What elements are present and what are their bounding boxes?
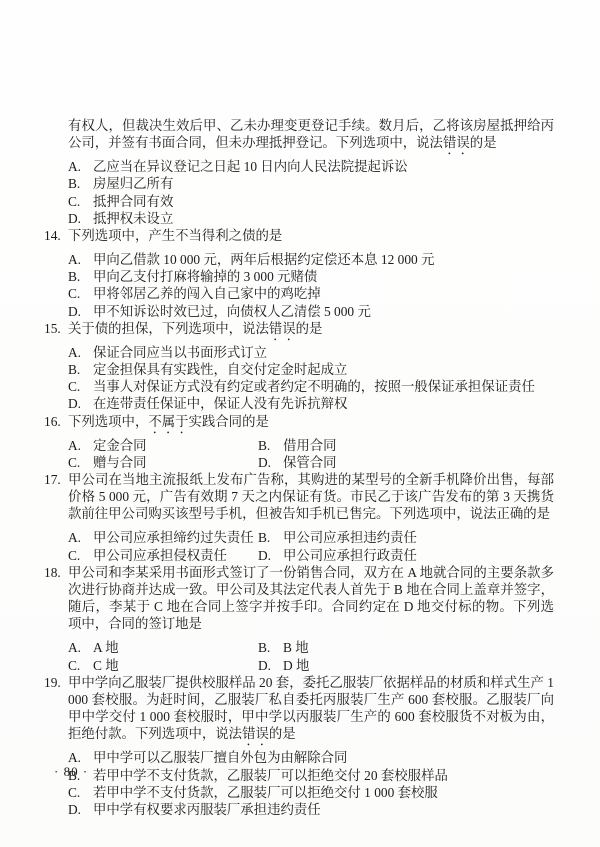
option-text: 甲不知诉讼时效已过，向债权人乙清偿 5 000 元 (93, 304, 371, 319)
question-stem: 有权人，但裁决生效后甲、乙未办理变更登记手续。数月后，乙将该房屋抵押给丙公司，并… (68, 117, 554, 158)
stem-emphasized-text: 错误 (242, 726, 269, 741)
stem-text: 甲公司在当地主流报纸上发布广告称，其购进的某型号的全新手机降价出售，每部价格 5… (68, 472, 554, 521)
option-text: 保管合同 (283, 455, 337, 470)
option-row: C.当事人对保证方式没有约定或者约定不明确的，按照一般保证承担保证责任 (68, 378, 554, 395)
option-label: D. (68, 210, 93, 227)
stem-text: 的是 (296, 321, 323, 336)
stem-text: 实践合同的是 (189, 414, 269, 429)
option-row: D.在连带责任保证中，保证人没有先诉抗辩权 (68, 395, 554, 412)
question-block: 17. 甲公司在当地主流报纸上发布广告称，其购进的某型号的全新手机降价出售，每部… (44, 471, 554, 564)
option-label: A. (68, 344, 93, 361)
question-number: 17. (44, 471, 61, 488)
stem-text: 甲中学向乙服装厂提供校服样品 20 套，委托乙服装厂依据样品的材质和样式生产 1… (68, 675, 554, 742)
option-row: A.甲公司应承担缔约过失责任 (68, 529, 258, 546)
option-row: A.保证合同应当以书面形式订立 (68, 344, 554, 361)
option-row: C.C 地 (68, 657, 258, 674)
option-label: B. (68, 361, 93, 378)
question-block: 有权人，但裁决生效后甲、乙未办理变更登记手续。数月后，乙将该房屋抵押给丙公司，并… (44, 117, 554, 227)
option-text: 定金担保具有实践性，自交付定金时起成立 (93, 362, 347, 377)
option-text: 甲将邻居乙养的闯入自己家中的鸡吃掉 (93, 286, 321, 301)
stem-text: 的是 (470, 135, 497, 150)
option-text: A 地 (93, 640, 119, 655)
option-row: C.甲公司应承担侵权责任 (68, 547, 258, 564)
option-text: 乙应当在异议登记之日起 10 日内向人民法院提起诉讼 (93, 159, 408, 174)
option-row: D.甲不知诉讼时效已过，向债权人乙清偿 5 000 元 (68, 303, 554, 320)
option-row: A.甲中学可以乙服装厂擅自外包为由解除合同 (68, 749, 554, 766)
option-row: D.抵押权未设立 (68, 210, 554, 227)
option-text: 甲公司应承担行政责任 (283, 548, 417, 563)
option-label: C. (68, 193, 93, 210)
option-text: 在连带责任保证中，保证人没有先诉抗辩权 (93, 396, 347, 411)
option-text: 抵押权未设立 (93, 211, 173, 226)
stem-emphasized-text: 不属于 (148, 414, 188, 429)
question-stem: 关于债的担保，下列选项中，说法错误的是 (68, 320, 554, 344)
stem-emphasized-text: 错误 (443, 135, 470, 150)
option-row: B.B 地 (258, 639, 554, 656)
question-block: 19. 甲中学向乙服装厂提供校服样品 20 套，委托乙服装厂依据样品的材质和样式… (44, 674, 554, 818)
stem-text: 的是 (269, 726, 296, 741)
option-label: D. (68, 801, 93, 818)
option-label: C. (68, 657, 93, 674)
option-row: D.保管合同 (258, 454, 554, 471)
option-row: B.甲向乙支付打麻将输掉的 3 000 元赌债 (68, 268, 554, 285)
options-list: A.保证合同应当以书面形式订立 B.定金担保具有实践性，自交付定金时起成立 C.… (68, 344, 554, 413)
option-row: A.A 地 (68, 639, 258, 656)
document-page: 有权人，但裁决生效后甲、乙未办理变更登记手续。数月后，乙将该房屋抵押给丙公司，并… (0, 0, 600, 847)
question-number: 15. (44, 320, 61, 337)
stem-text: 下列选项中，产生不当得利之债的是 (68, 228, 282, 243)
stem-emphasized-text: 错误 (269, 321, 296, 336)
option-row: C.若甲中学不支付货款，乙服装厂可以拒绝交付 1 000 套校服 (68, 784, 554, 801)
stem-text: 关于债的担保，下列选项中，说法 (68, 321, 269, 336)
option-text: 甲公司应承担侵权责任 (93, 548, 227, 563)
option-text: 甲向乙借款 10 000 元，两年后根据约定偿还本息 12 000 元 (93, 252, 434, 267)
option-label: C. (68, 784, 93, 801)
options-list: A.甲向乙借款 10 000 元，两年后根据约定偿还本息 12 000 元 B.… (68, 251, 554, 320)
page-number: · 80 · (54, 763, 88, 780)
question-block: 14. 下列选项中，产生不当得利之债的是 A.甲向乙借款 10 000 元，两年… (44, 227, 554, 320)
option-text: 房屋归乙所有 (93, 176, 173, 191)
question-number: 16. (44, 413, 61, 430)
options-list: A.A 地 B.B 地 C.C 地 D.D 地 (68, 639, 554, 673)
question-number: 19. (44, 674, 61, 691)
option-text: D 地 (283, 658, 309, 673)
question-stem: 甲中学向乙服装厂提供校服样品 20 套，委托乙服装厂依据样品的材质和样式生产 1… (68, 674, 554, 750)
question-block: 16. 下列选项中，不属于实践合同的是 A.定金合同 B.借用合同 C.赠与合同… (44, 413, 554, 471)
option-label: B. (68, 175, 93, 192)
option-row: D.D 地 (258, 657, 554, 674)
option-text: 保证合同应当以书面形式订立 (93, 345, 267, 360)
options-list: A.甲公司应承担缔约过失责任 B.甲公司应承担违约责任 C.甲公司应承担侵权责任… (68, 529, 554, 563)
option-text: 定金合同 (93, 438, 147, 453)
option-row: C.甲将邻居乙养的闯入自己家中的鸡吃掉 (68, 285, 554, 302)
option-label: C. (68, 285, 93, 302)
option-label: C. (68, 378, 93, 395)
option-label: A. (68, 639, 93, 656)
option-row: C.抵押合同有效 (68, 193, 554, 210)
option-row: B.借用合同 (258, 437, 554, 454)
option-text: 若甲中学不支付货款，乙服装厂可以拒绝交付 20 套校服样品 (93, 768, 448, 783)
options-list: A.甲中学可以乙服装厂擅自外包为由解除合同 B.若甲中学不支付货款，乙服装厂可以… (68, 749, 554, 818)
question-stem: 下列选项中，产生不当得利之债的是 (68, 227, 554, 251)
option-row: D.甲公司应承担行政责任 (258, 547, 554, 564)
option-row: D.甲中学有权要求丙服装厂承担违约责任 (68, 801, 554, 818)
option-text: 甲中学可以乙服装厂擅自外包为由解除合同 (93, 750, 347, 765)
option-row: B.定金担保具有实践性，自交付定金时起成立 (68, 361, 554, 378)
question-stem: 下列选项中，不属于实践合同的是 (68, 413, 554, 437)
option-row: A.甲向乙借款 10 000 元，两年后根据约定偿还本息 12 000 元 (68, 251, 554, 268)
option-label: D. (258, 547, 283, 564)
option-row: B.房屋归乙所有 (68, 175, 554, 192)
option-label: B. (258, 529, 283, 546)
option-row: A.乙应当在异议登记之日起 10 日内向人民法院提起诉讼 (68, 158, 554, 175)
question-number: 18. (44, 564, 61, 581)
option-label: B. (258, 437, 283, 454)
options-list: A.乙应当在异议登记之日起 10 日内向人民法院提起诉讼 B.房屋归乙所有 C.… (68, 158, 554, 227)
option-text: 甲向乙支付打麻将输掉的 3 000 元赌债 (93, 269, 317, 284)
question-block: 18. 甲公司和李某采用书面形式签订了一份销售合同，双方在 A 地就合同的主要条… (44, 564, 554, 674)
option-label: A. (68, 529, 93, 546)
option-label: D. (68, 303, 93, 320)
option-label: A. (68, 437, 93, 454)
option-text: 甲公司应承担缔约过失责任 (93, 530, 254, 545)
options-list: A.定金合同 B.借用合同 C.赠与合同 D.保管合同 (68, 437, 554, 471)
option-row: C.赠与合同 (68, 454, 258, 471)
option-label: A. (68, 251, 93, 268)
question-stem: 甲公司在当地主流报纸上发布广告称，其购进的某型号的全新手机降价出售，每部价格 5… (68, 471, 554, 529)
question-number: 14. (44, 227, 61, 244)
question-stem: 甲公司和李某采用书面形式签订了一份销售合同，双方在 A 地就合同的主要条款多次进… (68, 564, 554, 640)
option-label: C. (68, 547, 93, 564)
option-row: A.定金合同 (68, 437, 258, 454)
option-label: D. (68, 395, 93, 412)
stem-text: 下列选项中， (68, 414, 148, 429)
option-label: B. (258, 639, 283, 656)
option-label: B. (68, 268, 93, 285)
option-text: 甲中学有权要求丙服装厂承担违约责任 (93, 802, 321, 817)
option-label: C. (68, 454, 93, 471)
stem-text: 甲公司和李某采用书面形式签订了一份销售合同，双方在 A 地就合同的主要条款多次进… (68, 565, 554, 632)
option-text: 甲公司应承担违约责任 (283, 530, 417, 545)
option-label: D. (258, 454, 283, 471)
option-row: B.甲公司应承担违约责任 (258, 529, 554, 546)
option-label: D. (258, 657, 283, 674)
question-block: 15. 关于债的担保，下列选项中，说法错误的是 A.保证合同应当以书面形式订立 … (44, 320, 554, 413)
option-text: 当事人对保证方式没有约定或者约定不明确的，按照一般保证承担保证责任 (93, 379, 535, 394)
option-label: A. (68, 158, 93, 175)
option-text: B 地 (283, 640, 309, 655)
option-text: 若甲中学不支付货款，乙服装厂可以拒绝交付 1 000 套校服 (93, 785, 438, 800)
option-text: 借用合同 (283, 438, 337, 453)
option-text: 抵押合同有效 (93, 194, 173, 209)
option-text: C 地 (93, 658, 119, 673)
option-row: B.若甲中学不支付货款，乙服装厂可以拒绝交付 20 套校服样品 (68, 767, 554, 784)
option-text: 赠与合同 (93, 455, 147, 470)
